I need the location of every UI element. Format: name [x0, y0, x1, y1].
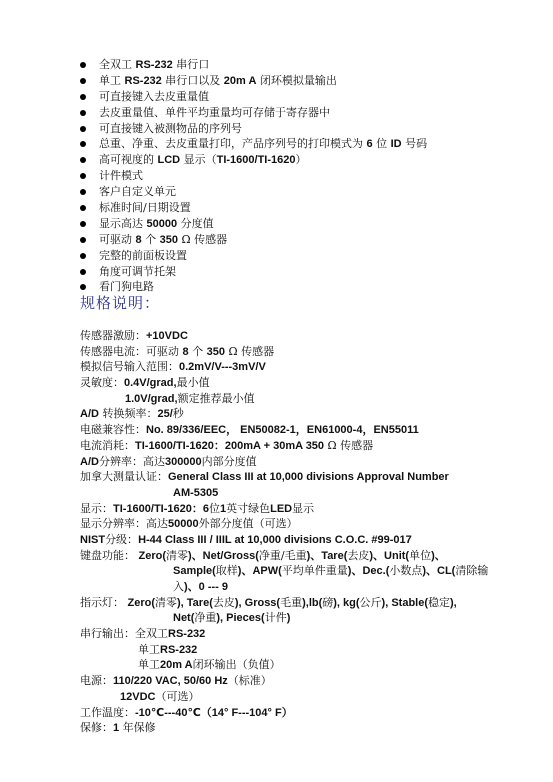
- text: A/D: [80, 408, 99, 420]
- bullet-icon: [80, 205, 86, 211]
- text: RS-232: [160, 644, 197, 656]
- text: RS-232: [136, 59, 173, 71]
- text: LCD: [158, 154, 181, 166]
- spec-label: 电源：: [80, 674, 113, 687]
- text: 个: [189, 345, 207, 358]
- text: 闭环模拟量输出: [256, 74, 337, 87]
- spec-indicators-cont: Net(净重), Pieces(计件): [80, 610, 488, 626]
- text: 20m A: [160, 659, 193, 671]
- bullet-icon: [80, 221, 86, 227]
- text: )、Tare(: [307, 550, 348, 562]
- text: 个: [142, 233, 160, 246]
- spec-power-cont: 12VDC（可选）: [80, 689, 488, 705]
- text: ),: [450, 597, 457, 609]
- text: 可直接键入去皮重量值: [99, 90, 209, 103]
- bullet-icon: [80, 284, 86, 290]
- feature-item: 标准时间/日期设置: [80, 200, 427, 216]
- spec-value: 300000: [165, 456, 202, 468]
- spec-value: -10℃---40℃（14° F---104° F）: [135, 707, 293, 719]
- bullet-icon: [80, 269, 86, 275]
- text: RS-232: [125, 75, 162, 87]
- text: 内部分度值: [202, 455, 257, 468]
- spec-value: 50000: [168, 518, 199, 530]
- text: ), kg(: [333, 597, 359, 609]
- text: )、Net/Gross(: [188, 550, 259, 562]
- text: 去皮: [213, 596, 235, 609]
- text: （可选）: [155, 690, 199, 703]
- text: Ω 传感器: [324, 439, 373, 452]
- spec-label: 分辨率：: [99, 455, 143, 468]
- text: LED: [270, 503, 292, 515]
- text: 高达: [146, 517, 168, 530]
- spec-nist: NIST分级：H-44 Class III / IIIL at 10,000 d…: [80, 532, 488, 548]
- text: 英寸绿色: [226, 502, 270, 515]
- spec-value: 12VDC: [120, 691, 155, 703]
- text: ), Stable(: [382, 597, 428, 609]
- spec-canada: 加拿大测量认证：General Class III at 10,000 divi…: [80, 469, 488, 485]
- bullet-icon: [80, 126, 86, 132]
- feature-item: 高可视度的 LCD 显示（TI-1600/TI-1620）: [80, 152, 427, 168]
- feature-item: 可直接键入被测物品的序列号: [80, 121, 427, 137]
- feature-item: 总重、净重、去皮重量打印，产品序列号的打印模式为 6 位 ID 号码: [80, 136, 427, 152]
- text: 350: [160, 234, 178, 246]
- spec-label: 显示分辨率：: [80, 517, 146, 530]
- spec-keypad-cont: 入)、0 --- 9: [80, 579, 488, 595]
- text: ID: [391, 138, 402, 150]
- text: NIST: [80, 534, 105, 546]
- feature-item: 可直接键入去皮重量值: [80, 89, 427, 105]
- spec-label: 保修：: [80, 721, 113, 734]
- text: )、Dec.(: [348, 565, 390, 577]
- feature-list: 全双工 RS-232 串行口单工 RS-232 串行口以及 20m A 闭环模拟…: [80, 57, 427, 295]
- spec-value: AM-5305: [173, 487, 218, 499]
- spec-list: 传感器激励：+10VDC 传感器电流：可驱动 8 个 350 Ω 传感器 模拟信…: [80, 328, 488, 736]
- spec-sensitivity: 灵敏度：0.4V/grad,最小值: [80, 375, 488, 391]
- text: 标准时间/日期设置: [99, 201, 191, 214]
- text: 平均单件重量: [282, 564, 348, 577]
- spec-value: 110/220 VAC, 50/60 Hz: [113, 675, 228, 687]
- text: 可驱动: [146, 345, 183, 358]
- text: 单工: [138, 658, 160, 671]
- text: )、CL(: [422, 565, 455, 577]
- text: 客户自定义单元: [99, 185, 176, 198]
- spec-label: 模拟信号输入范围：: [80, 360, 179, 373]
- text: 最小值: [177, 376, 210, 389]
- spec-value: +10VDC: [146, 330, 188, 342]
- text: 闭环输出（负值）: [193, 658, 281, 671]
- feature-item: 计件模式: [80, 168, 427, 184]
- feature-item: 完整的前面板设置: [80, 248, 427, 264]
- spec-power: 电源：110/220 VAC, 50/60 Hz（标准）: [80, 673, 488, 689]
- text: )、0 --- 9: [184, 581, 228, 593]
- spec-value: 0.2mV/V---3mV/V: [179, 361, 266, 373]
- spec-consumption: 电流消耗：TI-1600/TI-1620：200mA + 30mA 350 Ω …: [80, 438, 488, 454]
- text: 年保修: [119, 721, 156, 734]
- text: 外部分度值（可选）: [199, 517, 298, 530]
- bullet-icon: [80, 189, 86, 195]
- spec-display: 显示：TI-1600/TI-1620：6位1英寸绿色LED显示: [80, 501, 488, 517]
- bullet-icon: [80, 173, 86, 179]
- text: 高达: [143, 455, 165, 468]
- text: 单工: [138, 643, 160, 656]
- text: 号码: [402, 137, 428, 150]
- text: 20m A: [224, 75, 257, 87]
- text: 位: [209, 502, 220, 515]
- spec-sensitivity-cont: 1.0V/grad,额定推荐最小值: [80, 391, 488, 407]
- text: 额定推荐最小值: [178, 392, 255, 405]
- spec-label: 电流消耗：: [80, 439, 135, 452]
- text: 入: [173, 580, 184, 593]
- text: （标准）: [228, 674, 272, 687]
- spec-value: TI-1600/TI-1620：6: [113, 503, 209, 515]
- bullet-icon: [80, 110, 86, 116]
- spec-label: 电磁兼容性：: [80, 423, 146, 436]
- spec-label: 工作温度：: [80, 706, 135, 719]
- spec-ad-resolution: A/D分辨率：高达300000内部分度值: [80, 454, 488, 470]
- text: ): [287, 612, 291, 624]
- text: ), Tare(: [177, 597, 213, 609]
- text: 单位: [409, 549, 431, 562]
- bullet-icon: [80, 141, 86, 147]
- text: Net(: [173, 612, 194, 624]
- text: 清除输: [455, 564, 488, 577]
- text: 分度值: [177, 217, 214, 230]
- spec-serial-cont: 单工RS-232: [80, 642, 488, 658]
- text: Zero(: [139, 550, 167, 562]
- text: ), Gross(: [235, 597, 280, 609]
- bullet-icon: [80, 237, 86, 243]
- bullet-icon: [80, 157, 86, 163]
- spec-excitation: 传感器激励：+10VDC: [80, 328, 488, 344]
- bullet-icon: [80, 78, 86, 84]
- text: Ω 传感器: [178, 233, 227, 246]
- text: 稳定: [428, 596, 450, 609]
- text: ),lb(: [302, 597, 322, 609]
- text: 计件模式: [99, 169, 143, 182]
- text: 显示高达: [99, 217, 147, 230]
- spec-input-range: 模拟信号输入范围：0.2mV/V---3mV/V: [80, 359, 488, 375]
- spec-label: 串行输出：: [80, 627, 135, 640]
- spec-emc: 电磁兼容性：No. 89/336/EEC， EN50082-1，EN61000-…: [80, 422, 488, 438]
- text: A/D: [80, 456, 99, 468]
- spec-display-resolution: 显示分辨率：高达50000外部分度值（可选）: [80, 516, 488, 532]
- text: 清零: [155, 596, 177, 609]
- text: 显示: [292, 502, 314, 515]
- feature-item: 全双工 RS-232 串行口: [80, 57, 427, 73]
- text: RS-232: [168, 628, 205, 640]
- text: 清零: [166, 549, 188, 562]
- spec-temperature: 工作温度：-10℃---40℃（14° F---104° F）: [80, 705, 488, 721]
- text: 取样: [216, 564, 238, 577]
- spec-label: 转换频率：: [99, 407, 158, 420]
- text: ), Pieces(: [216, 612, 264, 624]
- spec-value: 25/: [157, 408, 172, 420]
- text: 秒: [173, 407, 184, 420]
- text: 50000: [147, 218, 178, 230]
- spec-label: 显示：: [80, 502, 113, 515]
- bullet-icon: [80, 62, 86, 68]
- spec-warranty: 保修：1 年保修: [80, 720, 488, 736]
- text: 小数点: [389, 564, 422, 577]
- text: 可驱动: [99, 233, 136, 246]
- feature-item: 可驱动 8 个 350 Ω 传感器: [80, 232, 427, 248]
- spec-ad-rate: A/D 转换频率：25/秒: [80, 406, 488, 422]
- spec-current: 传感器电流：可驱动 8 个 350 Ω 传感器: [80, 344, 488, 360]
- text: 去皮重量值、单件平均重量均可存储于寄存器中: [99, 106, 330, 119]
- spec-value: 1.0V/grad,: [125, 393, 178, 405]
- spec-label: 键盘功能：: [80, 549, 135, 562]
- text: TI-1600/TI-1620: [217, 154, 296, 166]
- feature-item: 去皮重量值、单件平均重量均可存储于寄存器中: [80, 105, 427, 121]
- spec-value: TI-1600/TI-1620：200mA + 30mA 350: [135, 440, 324, 452]
- spec-label: 传感器激励：: [80, 329, 146, 342]
- spec-heading: 规格说明：: [80, 292, 160, 313]
- text: 角度可调节托架: [99, 265, 176, 278]
- text: 完整的前面板设置: [99, 249, 187, 262]
- spec-value: H-44 Class III / IIIL at 10,000 division…: [138, 534, 412, 546]
- text: 350: [207, 346, 225, 358]
- text: 计件: [265, 611, 287, 624]
- text: 总重、净重、去皮重量打印，产品序列号的打印模式为: [99, 137, 367, 150]
- spec-keypad-cont: Sample(取样)、APW(平均单件重量)、Dec.(小数点)、CL(清除输: [80, 563, 488, 579]
- feature-item: 角度可调节托架: [80, 264, 427, 280]
- text: 磅: [322, 596, 333, 609]
- feature-item: 客户自定义单元: [80, 184, 427, 200]
- text: 串行口以及: [162, 74, 224, 87]
- text: )、: [431, 550, 446, 562]
- text: 可直接键入被测物品的序列号: [99, 122, 242, 135]
- text: Sample(: [173, 565, 216, 577]
- spec-serial-cont: 单工20m A闭环输出（负值）: [80, 657, 488, 673]
- text: 串行口: [173, 58, 210, 71]
- spec-value: General Class III at 10,000 divisions Ap…: [168, 471, 449, 483]
- text: 净重: [194, 611, 216, 624]
- spec-value: 0.4V/grad,: [124, 377, 177, 389]
- text: 位: [373, 137, 391, 150]
- text: 公斤: [360, 596, 382, 609]
- text: 去皮: [347, 549, 369, 562]
- spec-label: 指示灯：: [80, 596, 124, 609]
- bullet-icon: [80, 253, 86, 259]
- text: 单工: [99, 74, 125, 87]
- spec-keypad: 键盘功能： Zero(清零)、Net/Gross(净重/毛重)、Tare(去皮)…: [80, 548, 488, 564]
- feature-item: 显示高达 50000 分度值: [80, 216, 427, 232]
- document-page: 全双工 RS-232 串行口单工 RS-232 串行口以及 20m A 闭环模拟…: [0, 0, 553, 782]
- text: ）: [295, 153, 306, 166]
- spec-serial: 串行输出：全双工RS-232: [80, 626, 488, 642]
- text: 毛重: [280, 596, 302, 609]
- spec-label: 灵敏度：: [80, 376, 124, 389]
- spec-label: 分级：: [105, 533, 138, 546]
- spec-indicators: 指示灯： Zero(清零), Tare(去皮), Gross(毛重),lb(磅)…: [80, 595, 488, 611]
- text: 高可视度的: [99, 153, 158, 166]
- text: )、APW(: [238, 565, 282, 577]
- text: 显示（: [180, 153, 217, 166]
- spec-canada-cont: AM-5305: [80, 485, 488, 501]
- text: 全双工: [135, 627, 168, 640]
- text: Ω 传感器: [225, 345, 274, 358]
- feature-item: 单工 RS-232 串行口以及 20m A 闭环模拟量输出: [80, 73, 427, 89]
- text: 净重/毛重: [259, 549, 307, 562]
- text: 全双工: [99, 58, 136, 71]
- bullet-icon: [80, 94, 86, 100]
- spec-value: No. 89/336/EEC， EN50082-1，EN61000-4，EN55…: [146, 424, 419, 436]
- text: )、Unit(: [369, 550, 409, 562]
- spec-label: 传感器电流：: [80, 345, 146, 358]
- text: Zero(: [128, 597, 156, 609]
- spec-label: 加拿大测量认证：: [80, 470, 168, 483]
